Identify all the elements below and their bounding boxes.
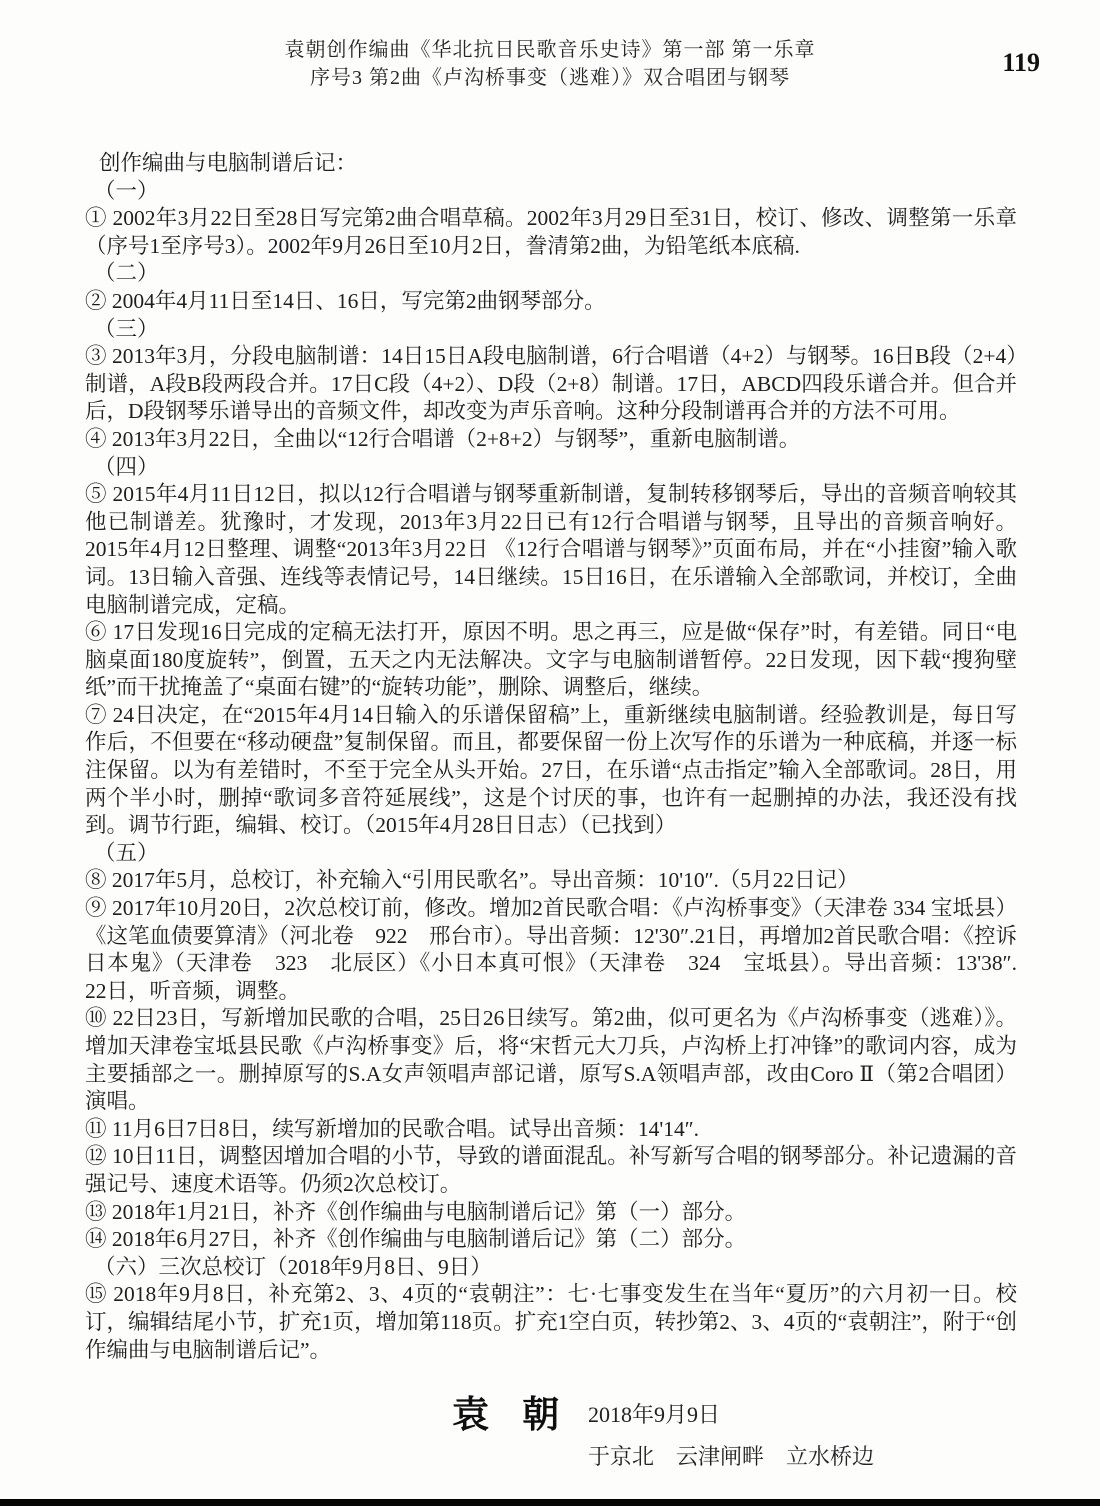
item-number: ⑧ bbox=[85, 868, 107, 892]
item-number: ⑪ bbox=[85, 1117, 107, 1141]
signature-name: 袁 朝 bbox=[452, 1384, 571, 1438]
paragraph-item: ② 2004年4月11日至14日、16日，写完第2曲钢琴部分。 bbox=[85, 288, 1017, 316]
document-page: 袁朝创作编曲《华北抗日民歌音乐史诗》第一部 第一乐章 序号3 第2曲《卢沟桥事变… bbox=[0, 0, 1100, 1506]
paragraph-item: ⑫ 10日11日，调整因增加合唱的小节，导致的谱面混乱。补写新写合唱的钢琴部分。… bbox=[85, 1143, 1017, 1198]
paragraph-item: ⑩ 22日23日，写新增加民歌的合唱，25日26日续写。第2曲，似可更名为《卢沟… bbox=[85, 1005, 1017, 1115]
paragraph-list: （一）① 2002年3月22日至28日写完第2曲合唱草稿。2002年3月29日至… bbox=[85, 178, 1017, 1365]
paragraph-item: ⑬ 2018年1月21日，补齐《创作编曲与电脑制谱后记》第（一）部分。 bbox=[85, 1199, 1017, 1227]
item-number: ⑩ bbox=[85, 1006, 107, 1030]
item-number: ⑨ bbox=[85, 896, 107, 920]
paragraph-item: ③ 2013年3月，分段电脑制谱：14日15日A段电脑制谱，6行合唱谱（4+2）… bbox=[85, 343, 1017, 426]
item-number: ④ bbox=[85, 427, 107, 451]
header-title-line1: 袁朝创作编曲《华北抗日民歌音乐史诗》第一部 第一乐章 bbox=[0, 36, 1100, 64]
item-number: ⑮ bbox=[85, 1282, 107, 1306]
paragraph-item: ⑭ 2018年6月27日，补齐《创作编曲与电脑制谱后记》第（二）部分。 bbox=[85, 1226, 1017, 1254]
item-number: ⑫ bbox=[85, 1144, 107, 1168]
page-number: 119 bbox=[1002, 48, 1040, 78]
section-marker: （四） bbox=[85, 454, 1017, 482]
paragraph-item: ① 2002年3月22日至28日写完第2曲合唱草稿。2002年3月29日至31日… bbox=[85, 205, 1017, 260]
document-body: 创作编曲与电脑制谱后记： （一）① 2002年3月22日至28日写完第2曲合唱草… bbox=[85, 150, 1017, 1364]
section-marker: （二） bbox=[85, 260, 1017, 288]
paragraph-item: ⑥ 17日发现16日完成的定稿无法打开，原因不明。思之再三，应是做“保存”时，有… bbox=[85, 619, 1017, 702]
paragraph-item: ⑧ 2017年5月，总校订，补充输入“引用民歌名”。导出音频：10'10″.（5… bbox=[85, 867, 1017, 895]
item-number: ⑥ bbox=[85, 620, 107, 644]
item-number: ② bbox=[85, 289, 107, 313]
header-title-line2: 序号3 第2曲《卢沟桥事变（逃难）》双合唱团与钢琴 bbox=[0, 64, 1100, 92]
paragraph-item: ⑨ 2017年10月20日，2次总校订前，修改。增加2首民歌合唱：《卢沟桥事变》… bbox=[85, 895, 1017, 1005]
item-number: ⑤ bbox=[85, 482, 107, 506]
section-marker: （五） bbox=[85, 840, 1017, 868]
page-header: 袁朝创作编曲《华北抗日民歌音乐史诗》第一部 第一乐章 序号3 第2曲《卢沟桥事变… bbox=[0, 0, 1100, 92]
item-number: ① bbox=[85, 206, 107, 230]
signature-date: 2018年9月9日 bbox=[588, 1398, 720, 1429]
section-marker: （六）三次总校订（2018年9月8日、9日） bbox=[85, 1254, 1017, 1282]
item-number: ⑭ bbox=[85, 1227, 107, 1251]
paragraph-item: ⑪ 11月6日7日8日，续写新增加的民歌合唱。试导出音频：14'14″. bbox=[85, 1116, 1017, 1144]
paragraph-item: ⑦ 24日决定，在“2015年4月14日输入的乐谱保留稿”上，重新继续电脑制谱。… bbox=[85, 702, 1017, 840]
item-number: ⑬ bbox=[85, 1200, 107, 1224]
paragraph-item: ⑤ 2015年4月11日12日，拟以12行合唱谱与钢琴重新制谱，复制转移钢琴后，… bbox=[85, 481, 1017, 619]
section-marker: （一） bbox=[85, 178, 1017, 206]
document-heading: 创作编曲与电脑制谱后记： bbox=[85, 150, 1017, 178]
bottom-rule bbox=[0, 1499, 1100, 1506]
paragraph-item: ⑮ 2018年9月8日，补充第2、3、4页的“袁朝注”：七·七事变发生在当年“夏… bbox=[85, 1281, 1017, 1364]
paragraph-item: ④ 2013年3月22日，全曲以“12行合唱谱（2+8+2）与钢琴”，重新电脑制… bbox=[85, 426, 1017, 454]
item-number: ⑦ bbox=[85, 703, 107, 727]
item-number: ③ bbox=[85, 344, 107, 368]
section-marker: （三） bbox=[85, 316, 1017, 344]
signature-place: 于京北 云津闸畔 立水桥边 bbox=[588, 1440, 874, 1471]
